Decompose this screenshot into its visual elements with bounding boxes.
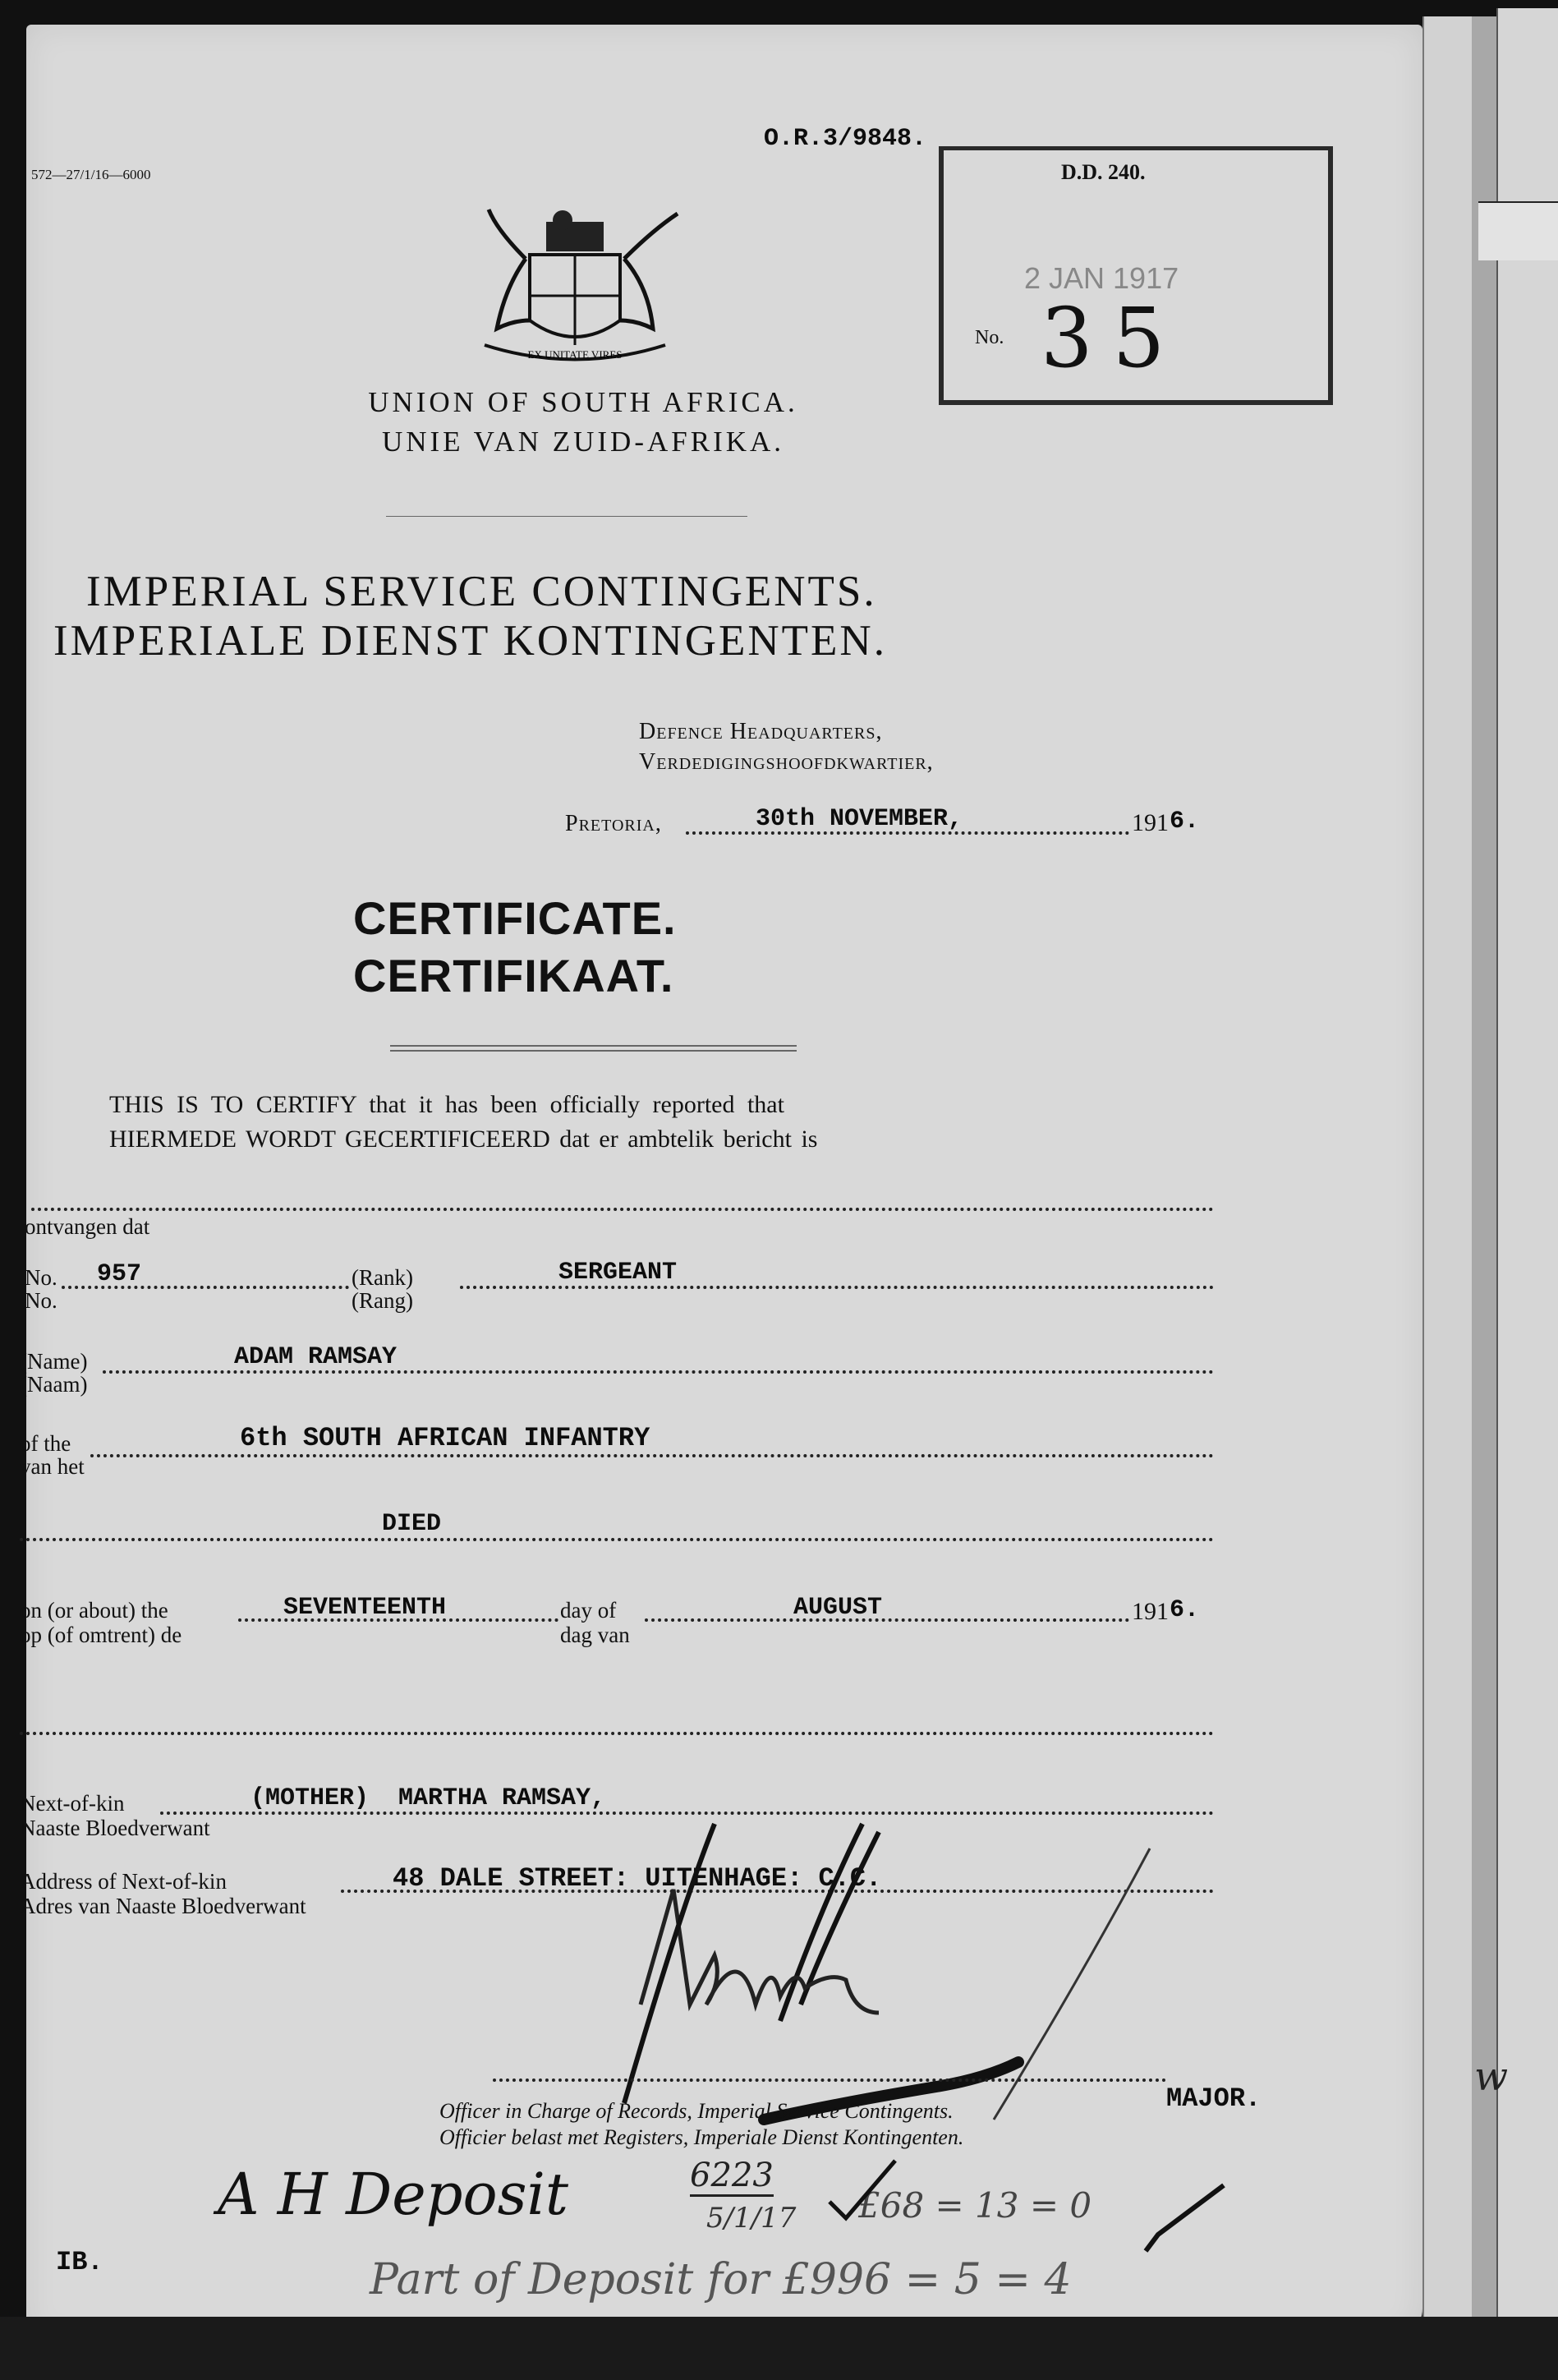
next-of-kin-label-af: Naaste Bloedverwant <box>20 1816 210 1840</box>
next-of-kin-label-en: Next-of-kin <box>20 1791 124 1816</box>
deposit-fraction-top: 6223 <box>690 2157 774 2197</box>
name-label-en: (Name) <box>20 1349 87 1374</box>
rank-value: SERGEANT <box>558 1259 677 1287</box>
file-reference: O.R.3/9848. <box>764 125 926 153</box>
soldier-name: ADAM RAMSAY <box>234 1343 397 1371</box>
place-label: Pretoria, <box>565 811 662 837</box>
unit-label-af: van het <box>20 1454 85 1479</box>
country-name-af: UNIE VAN ZUID-AFRIKA. <box>296 426 871 458</box>
day-of-label-af: dag van <box>560 1623 630 1647</box>
header-divider <box>386 516 747 517</box>
signatory-title-af: Officier belast met Registers, Imperiale… <box>439 2125 963 2150</box>
bottom-shadow <box>0 2317 1558 2380</box>
received-label: ontvangen dat <box>25 1214 149 1239</box>
status-line <box>20 1538 1214 1541</box>
clerk-initials: IB. <box>56 2247 103 2277</box>
death-month: AUGUST <box>793 1594 882 1622</box>
unit-line <box>90 1454 1214 1457</box>
statement-continuation-line <box>31 1208 1214 1211</box>
receipt-number-value: 35 <box>1041 290 1184 386</box>
unit-value: 6th SOUTH AFRICAN INFANTRY <box>240 1423 650 1453</box>
extra-remarks-line <box>20 1732 1214 1735</box>
receipt-stamp-box: D.D. 240. 2 JAN 1917 No. 35 <box>939 146 1333 405</box>
office-af: Verdedigingshoofdkwartier, <box>639 749 934 776</box>
date-label-en: on (or about) the <box>20 1598 168 1623</box>
part-of-deposit-annotation: Part of Deposit for £996 = 5 = 4 <box>370 2255 1072 2304</box>
status-value: DIED <box>382 1510 441 1538</box>
deposit-fraction-bottom: 5/1/17 <box>706 2202 796 2235</box>
folder-edge <box>1422 16 1473 2380</box>
deposit-annotation: A H Deposit <box>218 2161 568 2228</box>
death-year-suffix: 6. <box>1170 1596 1199 1624</box>
department-af: IMPERIALE DIENST KONTINGENTEN. <box>53 616 1187 665</box>
number-label-af: No. <box>25 1288 57 1313</box>
issue-year-prefix: 191 <box>1132 809 1169 837</box>
receipt-number-label: No. <box>975 327 1004 349</box>
crest-motto: EX UNITATE VIRES <box>528 348 623 361</box>
certify-statement-af: HIERMEDE WORDT GECERTIFICEERD dat er amb… <box>109 1126 817 1153</box>
coat-of-arms-icon: EX UNITATE VIRES <box>464 197 686 370</box>
number-label-en: No. <box>25 1265 57 1290</box>
folder-tab <box>1478 201 1558 260</box>
folder-shadow <box>1472 16 1496 2380</box>
signature-line <box>493 2078 1166 2082</box>
signatory-title-en: Officer in Charge of Records, Imperial S… <box>439 2099 954 2124</box>
signatory-rank: MAJOR. <box>1166 2083 1261 2114</box>
certify-statement-en: THIS IS TO CERTIFY that it has been offi… <box>109 1091 784 1119</box>
death-year-prefix: 191 <box>1132 1598 1169 1626</box>
office-en: Defence Headquarters, <box>639 719 882 745</box>
country-name-en: UNION OF SOUTH AFRICA. <box>296 386 871 419</box>
day-of-label-en: day of <box>560 1598 616 1623</box>
margin-mark: w <box>1474 2054 1508 2100</box>
address-label-en: Address of Next-of-kin <box>20 1869 227 1894</box>
department-en: IMPERIAL SERVICE CONTINGENTS. <box>53 567 1220 616</box>
title-rule-1 <box>390 1045 797 1047</box>
print-code: 572—27/1/16—6000 <box>31 167 150 183</box>
unit-label-en: of the <box>20 1431 71 1456</box>
certificate-title-af: CERTIFIKAAT. <box>353 949 674 1002</box>
form-number: D.D. 240. <box>1061 160 1146 185</box>
rank-label-af: (Rang) <box>352 1288 413 1313</box>
date-label-af: op (of omtrent) de <box>20 1623 182 1647</box>
address-label-af: Adres van Naaste Bloedverwant <box>20 1894 306 1918</box>
name-label-af: (Naam) <box>20 1372 87 1397</box>
service-number: 957 <box>97 1260 141 1288</box>
officer-signature-icon <box>509 1807 1183 2136</box>
issue-year-suffix: 6. <box>1170 808 1199 836</box>
issue-date: 30th NOVEMBER, <box>756 805 963 833</box>
death-day: SEVENTEENTH <box>283 1594 446 1622</box>
rank-label-en: (Rank) <box>352 1265 413 1290</box>
title-rule-2 <box>390 1050 797 1052</box>
month-line <box>645 1618 1129 1622</box>
certificate-title-en: CERTIFICATE. <box>353 891 677 945</box>
folder-back-edge <box>1496 8 1558 2380</box>
checkmark-icon <box>821 2152 1232 2259</box>
